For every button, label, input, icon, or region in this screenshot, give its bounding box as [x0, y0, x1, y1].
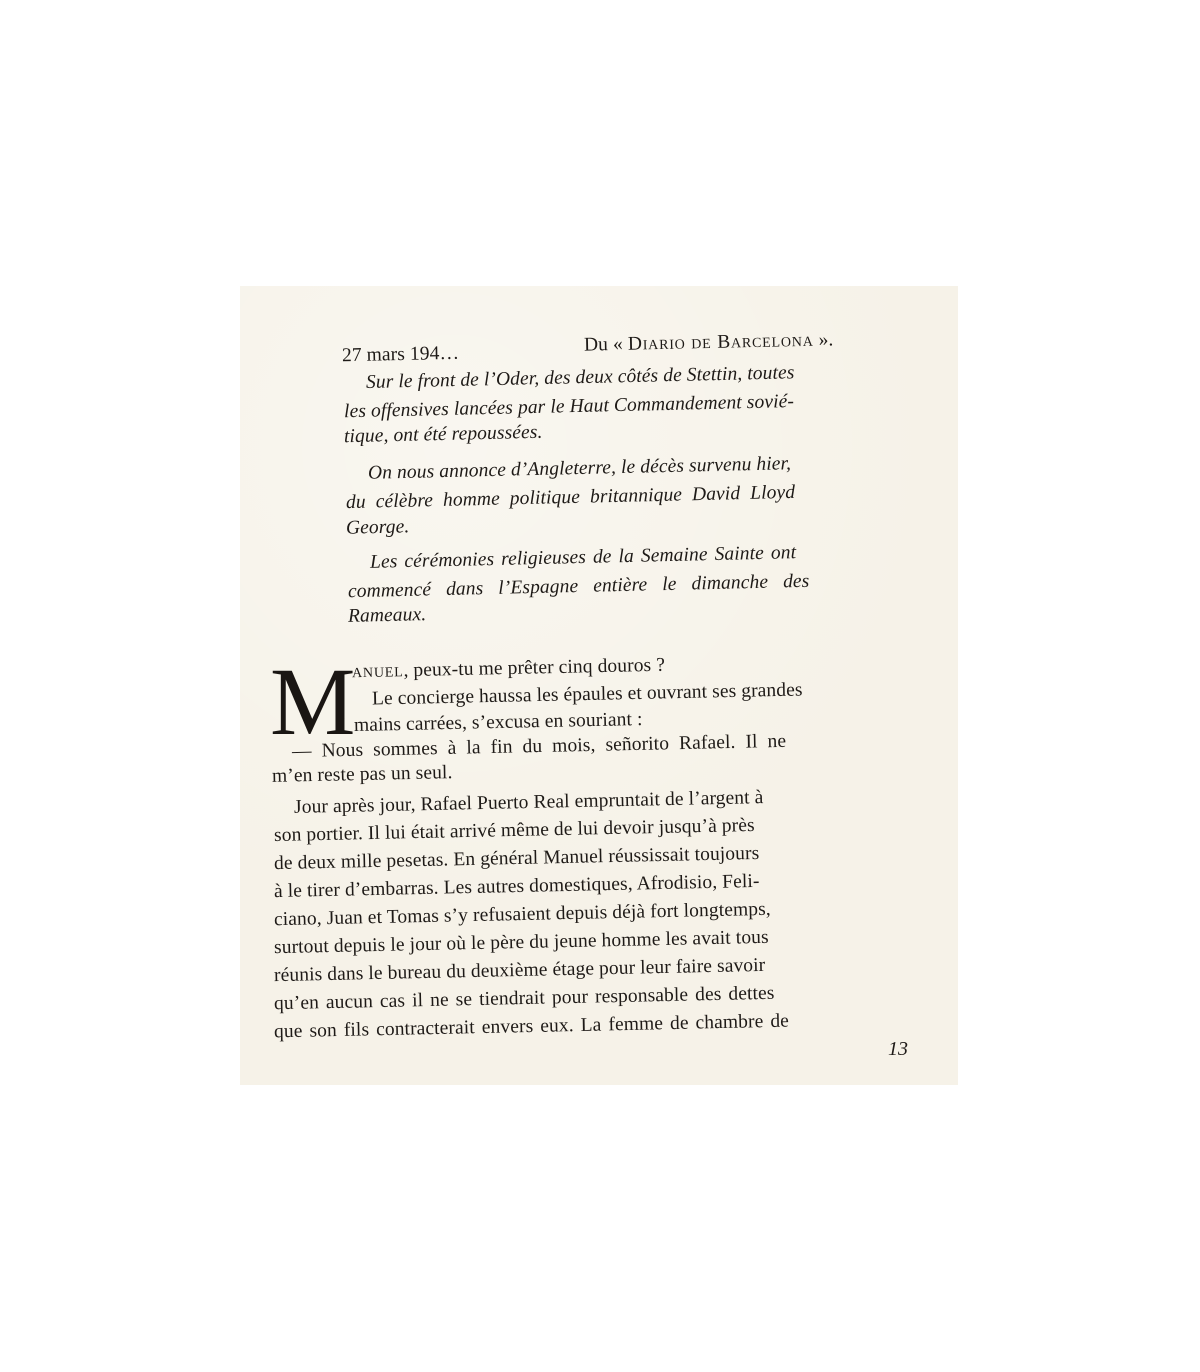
news-1-line-3: tique, ont été repoussées. — [344, 422, 543, 448]
dateline: 27 mars 194… — [342, 343, 460, 367]
body-line-14: que son fils contracterait envers eux. L… — [274, 1011, 789, 1044]
news-1-line-2: les offensives lancées par le Haut Comma… — [344, 389, 898, 424]
body-line-3: mains carrées, s’excusa en souriant : — [354, 709, 643, 737]
news-2-line-1: On nous annonce d’Angleterre, le décès s… — [368, 453, 791, 485]
body-line-1: anuel, peux-tu me prêter cinq douros ? — [352, 655, 665, 684]
body-line-8: de deux mille pesetas. En général Manuel… — [274, 843, 760, 875]
body-line-5: m’en reste pas un seul. — [272, 762, 453, 788]
body-line-2: Le concierge haussa les épaules et ouvra… — [372, 679, 803, 710]
page-number: 13 — [888, 1038, 908, 1061]
body-line-9: à le tirer d’embarras. Les autres domest… — [274, 871, 760, 903]
news-3-line-3: Rameaux. — [348, 604, 427, 628]
drop-cap: M — [270, 654, 355, 750]
body-line-10: ciano, Juan et Tomas s’y refusaient depu… — [274, 899, 771, 931]
news-2-line-2: du célèbre homme politique britannique D… — [346, 482, 796, 514]
news-3-line-2: commencé dans l’Espagne entière le diman… — [348, 571, 810, 603]
source-attribution: Du « Diario de Barcelona ». — [584, 329, 834, 356]
body-line-6: Jour après jour, Rafael Puerto Real empr… — [294, 787, 764, 819]
date: 27 mars 194… — [342, 343, 460, 366]
book-page: 27 mars 194… Du « Diario de Barcelona ».… — [240, 286, 958, 1085]
body-line-12: réunis dans le bureau du deuxième étage … — [274, 955, 766, 987]
body-line-7: son portier. Il lui était arrivé même de… — [274, 815, 755, 847]
news-3-line-1: Les cérémonies religieuses de la Semaine… — [370, 542, 797, 574]
news-2-line-3: George. — [346, 516, 410, 539]
body-line-11: surtout depuis le jour où le père du jeu… — [274, 927, 769, 959]
news-1-line-1: Sur le front de l’Oder, des deux côtés d… — [366, 360, 898, 394]
newspaper-name: Diario de Barcelona — [628, 330, 814, 355]
body-line-13: qu’en aucun cas il ne se tiendrait pour … — [274, 983, 775, 1015]
